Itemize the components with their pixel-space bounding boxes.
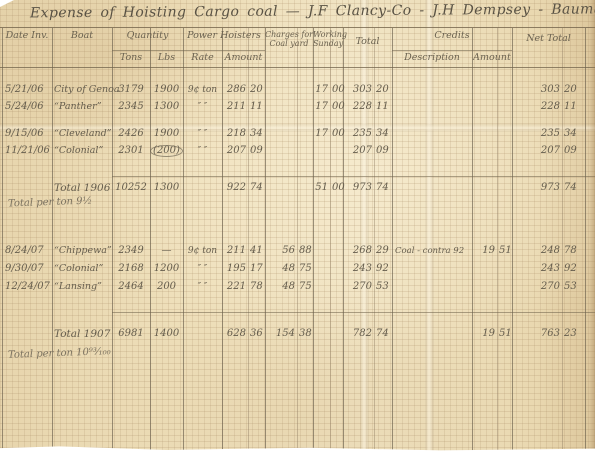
cell-rate: ″ ″ (183, 103, 222, 112)
cell-rate: ″ ″ (183, 265, 222, 274)
subheader-rate: Rate (183, 53, 222, 63)
credits-underline (392, 50, 512, 51)
cell-amount-dollars: 207 (222, 146, 248, 156)
cell-total-cents: 74 (374, 183, 392, 193)
cell-tons: 6981 (112, 329, 150, 339)
table-row: 12/24/07 “Lansing” 2464 200 ″ ″ 221 78 4… (2, 279, 593, 295)
fold-crease (360, 0, 369, 454)
cell-rate: 9¢ ton (183, 247, 222, 256)
cell-amount-dollars: 218 (222, 129, 248, 139)
subheader-description: Description (392, 53, 472, 63)
scan-corner (0, 0, 14, 7)
table-row: 5/24/06 “Panther” 2345 1300 ″ ″ 211 11 1… (2, 99, 593, 115)
cell-amount-cents: 11 (248, 102, 265, 112)
cell-charges-cents: 88 (297, 246, 313, 256)
cell-net-cents: 74 (562, 183, 585, 193)
cell-date: 12/24/07 (2, 282, 52, 292)
total-row-1907: Total 1907 6981 1400 628 36 154 38 782 7… (2, 326, 593, 342)
power-underline (183, 50, 265, 51)
cell-credit-dollars: 19 (472, 246, 497, 256)
subheader-lbs: Lbs (150, 53, 183, 63)
cell-total-dollars: 303 (343, 85, 374, 95)
cell-date: 9/30/07 (2, 264, 52, 274)
cell-total-cents: 29 (374, 246, 392, 256)
cell-net-cents: 92 (562, 264, 585, 274)
cell-amount-dollars: 922 (222, 183, 248, 193)
ledger-sheet: Expense of Hoisting Cargo coal — J.F Cla… (0, 0, 595, 454)
cell-amount-cents: 17 (248, 264, 265, 274)
cell-net-dollars: 303 (512, 85, 562, 95)
cell-lbs: 1400 (150, 329, 183, 339)
cell-credit-cents: 51 (497, 329, 512, 339)
cell-net-dollars: 243 (512, 264, 562, 274)
cell-working-cents: 00 (330, 129, 343, 139)
cell-total-cents: 20 (374, 85, 392, 95)
cell-date: 8/24/07 (2, 246, 52, 256)
table-row: 5/21/06 City of Genoa 3179 1900 9¢ ton 2… (2, 82, 593, 98)
cell-total-dollars: 268 (343, 246, 374, 256)
cell-net-dollars: 235 (512, 129, 562, 139)
header-total: Total (343, 37, 392, 49)
cell-date: 11/21/06 (2, 146, 52, 156)
header-bottom-rule (0, 67, 595, 68)
header-working: Working Sunday (313, 31, 343, 49)
cell-lbs: — (150, 246, 183, 256)
cell-net-cents: 23 (562, 329, 585, 339)
cell-amount-dollars: 221 (222, 282, 248, 292)
cell-boat: “Lansing” (52, 282, 112, 292)
cell-tons: 2464 (112, 282, 150, 292)
cell-total-dollars: 270 (343, 282, 374, 292)
cell-boat: “Colonial” (52, 264, 112, 274)
header-quantity: Quantity (112, 31, 183, 49)
total-label: Total 1907 (52, 329, 112, 340)
cell-total-dollars: 207 (343, 146, 374, 156)
cell-credit-description: Coal - contra 92 (392, 247, 472, 256)
cell-total-dollars: 782 (343, 329, 374, 339)
cell-tons: 3179 (112, 85, 150, 95)
subheader-row: Tons Lbs Rate Amount Description Amount (2, 53, 593, 63)
cell-net-dollars: 270 (512, 282, 562, 292)
cell-net-cents: 34 (562, 129, 585, 139)
cell-net-dollars: 763 (512, 329, 562, 339)
total-row-1906: Total 1906 10252 1300 922 74 51 00 973 7… (2, 180, 593, 196)
cell-boat: “Colonial” (52, 146, 112, 156)
cell-net-dollars: 973 (512, 183, 562, 193)
cell-boat: City of Genoa (52, 85, 112, 95)
cell-lbs: 1900 (150, 85, 183, 95)
cell-total-cents: 34 (374, 129, 392, 139)
cell-charges-cents: 38 (297, 329, 313, 339)
cell-amount-dollars: 211 (222, 246, 248, 256)
cell-rate: ″ ″ (183, 147, 222, 156)
cell-tons: 2301 (112, 146, 150, 156)
circled-value: (200) (150, 145, 183, 157)
total-rule (112, 312, 595, 313)
cell-total-dollars: 243 (343, 264, 374, 274)
total-rule (112, 176, 595, 177)
fold-crease (425, 0, 434, 454)
header-charges-line2: Coal yard (265, 40, 313, 49)
quantity-underline (112, 50, 183, 51)
cell-net-cents: 20 (562, 85, 585, 95)
cell-tons: 2426 (112, 129, 150, 139)
header-charges: Charges for Coal yard (265, 31, 313, 49)
cell-amount-dollars: 211 (222, 102, 248, 112)
scan-edge-right (589, 0, 595, 454)
cell-net-cents: 11 (562, 102, 585, 112)
cell-date: 5/24/06 (2, 102, 52, 112)
cell-total-cents: 92 (374, 264, 392, 274)
cell-net-cents: 78 (562, 246, 585, 256)
cell-rate: ″ ″ (183, 283, 222, 292)
cell-boat: “Chippewa” (52, 246, 112, 256)
cell-working-dollars: 17 (313, 102, 330, 112)
table-row: 9/30/07 “Colonial” 2168 1200 ″ ″ 195 17 … (2, 261, 593, 277)
cell-tons: 2349 (112, 246, 150, 256)
cell-tons: 10252 (112, 183, 150, 193)
cell-charges-dollars: 154 (265, 329, 297, 339)
cell-total-cents: 53 (374, 282, 392, 292)
cell-lbs: 1200 (150, 264, 183, 274)
header-working-line2: Sunday (313, 40, 343, 49)
cell-net-cents: 09 (562, 146, 585, 156)
cell-rate: ″ ″ (183, 130, 222, 139)
cell-total-dollars: 228 (343, 102, 374, 112)
cell-amount-dollars: 195 (222, 264, 248, 274)
cell-working-dollars: 17 (313, 129, 330, 139)
cell-net-cents: 53 (562, 282, 585, 292)
cell-amount-cents: 36 (248, 329, 265, 339)
header-row: Date Inv. Boat Quantity Power Hoisters C… (2, 31, 593, 49)
cell-boat: “Cleveland” (52, 129, 112, 139)
cell-boat: “Panther” (52, 102, 112, 112)
cell-working-cents: 00 (330, 102, 343, 112)
cell-rate: 9¢ ton (183, 86, 222, 95)
cell-amount-cents: 34 (248, 129, 265, 139)
cell-amount-cents: 20 (248, 85, 265, 95)
cell-lbs: 200 (150, 282, 183, 292)
cell-net-dollars: 207 (512, 146, 562, 156)
cell-total-cents: 74 (374, 329, 392, 339)
cell-amount-dollars: 286 (222, 85, 248, 95)
cell-credit-cents: 51 (497, 246, 512, 256)
cell-amount-cents: 41 (248, 246, 265, 256)
cell-tons: 2168 (112, 264, 150, 274)
subheader-amount: Amount (222, 53, 265, 63)
cell-date: 9/15/06 (2, 129, 52, 139)
cell-tons: 2345 (112, 102, 150, 112)
cell-charges-dollars: 48 (265, 264, 297, 274)
cell-charges-cents: 75 (297, 264, 313, 274)
table-row: 8/24/07 “Chippewa” 2349 — 9¢ ton 211 41 … (2, 243, 593, 259)
cell-charges-dollars: 56 (265, 246, 297, 256)
header-power-hoisters: Power Hoisters (183, 31, 265, 49)
cell-total-dollars: 973 (343, 183, 374, 193)
cell-credit-dollars: 19 (472, 329, 497, 339)
cell-lbs: 1900 (150, 129, 183, 139)
cell-lbs: 1300 (150, 102, 183, 112)
cell-amount-cents: 78 (248, 282, 265, 292)
cell-lbs: 1300 (150, 183, 183, 193)
cell-charges-dollars: 48 (265, 282, 297, 292)
header-credits: Credits (392, 31, 512, 49)
header-boat: Boat (52, 31, 112, 49)
total-label: Total 1906 (52, 183, 112, 194)
header-net-total: Net Total (512, 34, 585, 49)
cell-working-cents: 00 (330, 183, 343, 193)
cell-net-dollars: 228 (512, 102, 562, 112)
cell-total-cents: 09 (374, 146, 392, 156)
cell-total-cents: 11 (374, 102, 392, 112)
cell-amount-cents: 74 (248, 183, 265, 193)
cell-amount-dollars: 628 (222, 329, 248, 339)
subheader-tons: Tons (112, 53, 150, 63)
cell-working-dollars: 51 (313, 183, 330, 193)
cell-net-dollars: 248 (512, 246, 562, 256)
cell-charges-cents: 75 (297, 282, 313, 292)
cell-working-dollars: 17 (313, 85, 330, 95)
cell-date: 5/21/06 (2, 85, 52, 95)
cell-total-dollars: 235 (343, 129, 374, 139)
cell-working-cents: 00 (330, 85, 343, 95)
table-row: 11/21/06 “Colonial” 2301 (200) ″ ″ 207 0… (2, 143, 593, 159)
cell-lbs: (200) (150, 145, 183, 157)
table-row: 9/15/06 “Cleveland” 2426 1900 ″ ″ 218 34… (2, 126, 593, 142)
header-date: Date Inv. (2, 31, 52, 49)
subheader-credit-amount: Amount (472, 53, 512, 63)
cell-amount-cents: 09 (248, 146, 265, 156)
